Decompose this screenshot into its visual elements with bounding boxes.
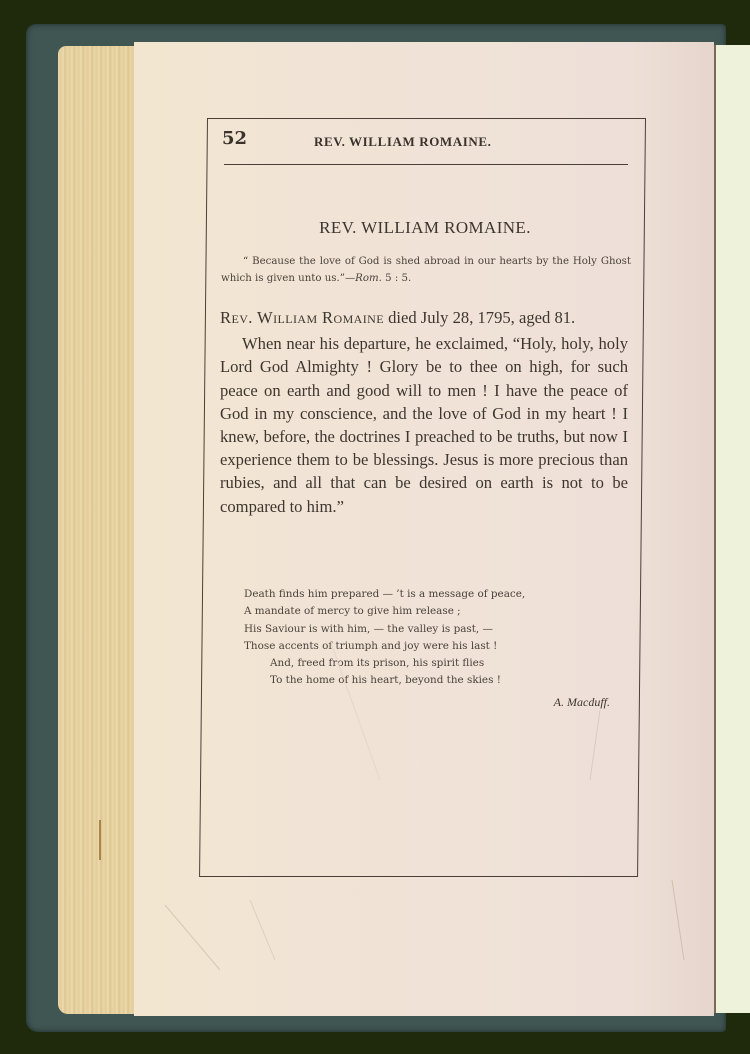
body-text: Rev. William Romaine died July 28, 1795,… [220, 306, 628, 518]
epigraph-reference-verse: 5 : 5. [382, 273, 411, 284]
death-notice-text: died July 28, 1795, aged 81. [384, 308, 575, 327]
poem-line: To the home of his heart, beyond the ski… [244, 672, 624, 689]
poem-stanza: Death finds him prepared — ’t is a messa… [244, 586, 624, 690]
epigraph-text: “ Because the love of God is shed abroad… [221, 256, 631, 284]
subject-name: Rev. William Romaine [220, 308, 384, 327]
poem-line: Death finds him prepared — ’t is a messa… [244, 586, 624, 603]
running-head: REV. WILLIAM ROMAINE. [314, 134, 492, 150]
chapter-title: REV. WILLIAM ROMAINE. [210, 218, 640, 238]
epigraph-reference-book: Rom. [355, 273, 382, 284]
paragraph-last-words: When near his departure, he exclaimed, “… [220, 332, 628, 518]
paragraph-death-notice: Rev. William Romaine died July 28, 1795,… [220, 306, 628, 329]
poem-line: Those accents of triumph and joy were hi… [244, 638, 624, 655]
header-rule-divider [224, 164, 628, 165]
epigraph-quote: “ Because the love of God is shed abroad… [221, 253, 631, 287]
poem-attribution: A. Macduff. [470, 695, 610, 710]
page-edges-stack [58, 46, 136, 1014]
page-number: 52 [222, 128, 247, 149]
poem-line: And, freed from its prison, his spirit f… [244, 655, 624, 672]
poem-line: A mandate of mercy to give him release ; [244, 603, 624, 620]
facing-page-edge [714, 45, 750, 1013]
poem-line: His Saviour is with him, — the valley is… [244, 621, 624, 638]
page-header: 52 REV. WILLIAM ROMAINE. [222, 128, 632, 156]
